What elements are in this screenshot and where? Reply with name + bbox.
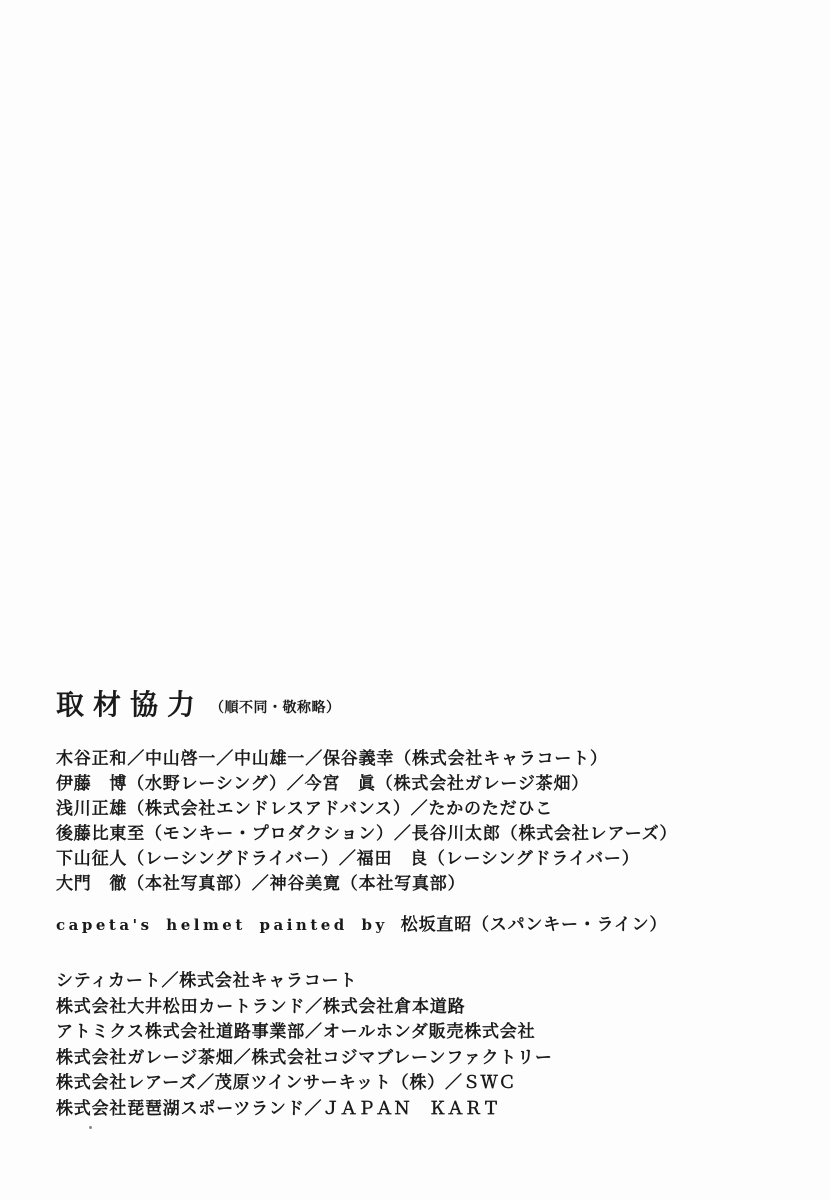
contributor-line: 下山征人（レーシングドライバー）／福田 良（レーシングドライバー） [56,847,796,872]
helmet-credit-name: 松坂直昭（スパンキー・ライン） [401,915,668,935]
heading-note: （順不同・敬称略） [210,696,341,720]
company-line: 株式会社大井松田カートランド／株式会社倉本道路 [56,995,796,1021]
contributor-line: 浅川正雄（株式会社エンドレスアドバンス）／たかのただひこ [56,797,796,822]
scan-speck [89,1126,92,1129]
company-line: 株式会社レアーズ／茂原ツインサーキット（株）／ＳＷＣ [56,1071,796,1097]
helmet-credit-english: capeta's helmet painted by [56,916,388,934]
companies-list: シティカート／株式会社キャラコート 株式会社大井松田カートランド／株式会社倉本道… [56,969,796,1122]
contributors-list: 木谷正和／中山啓一／中山雄一／保谷義幸（株式会社キャラコート） 伊藤 博（水野レ… [56,747,796,897]
company-line: 株式会社琵琶湖スポーツランド／ＪＡＰＡＮ ＫＡＲＴ [56,1097,796,1123]
company-line: シティカート／株式会社キャラコート [56,969,796,995]
contributor-line: 伊藤 博（水野レーシング）／今宮 眞（株式会社ガレージ茶畑） [56,772,796,797]
page-heading: 取材協力 （順不同・敬称略） [56,690,341,720]
heading-title: 取材協力 [56,690,204,720]
contributor-line: 木谷正和／中山啓一／中山雄一／保谷義幸（株式会社キャラコート） [56,747,796,772]
helmet-credit: capeta's helmet painted by 松坂直昭（スパンキー・ライ… [56,914,667,936]
contributor-line: 後藤比東至（モンキー・プロダクション）／長谷川太郎（株式会社レアーズ） [56,822,796,847]
company-line: 株式会社ガレージ茶畑／株式会社コジマブレーンファクトリー [56,1046,796,1072]
company-line: アトミクス株式会社道路事業部／オールホンダ販売株式会社 [56,1020,796,1046]
contributor-line: 大門 徹（本社写真部）／神谷美寛（本社写真部） [56,872,796,897]
credits-page: 取材協力 （順不同・敬称略） 木谷正和／中山啓一／中山雄一／保谷義幸（株式会社キ… [0,0,830,1200]
